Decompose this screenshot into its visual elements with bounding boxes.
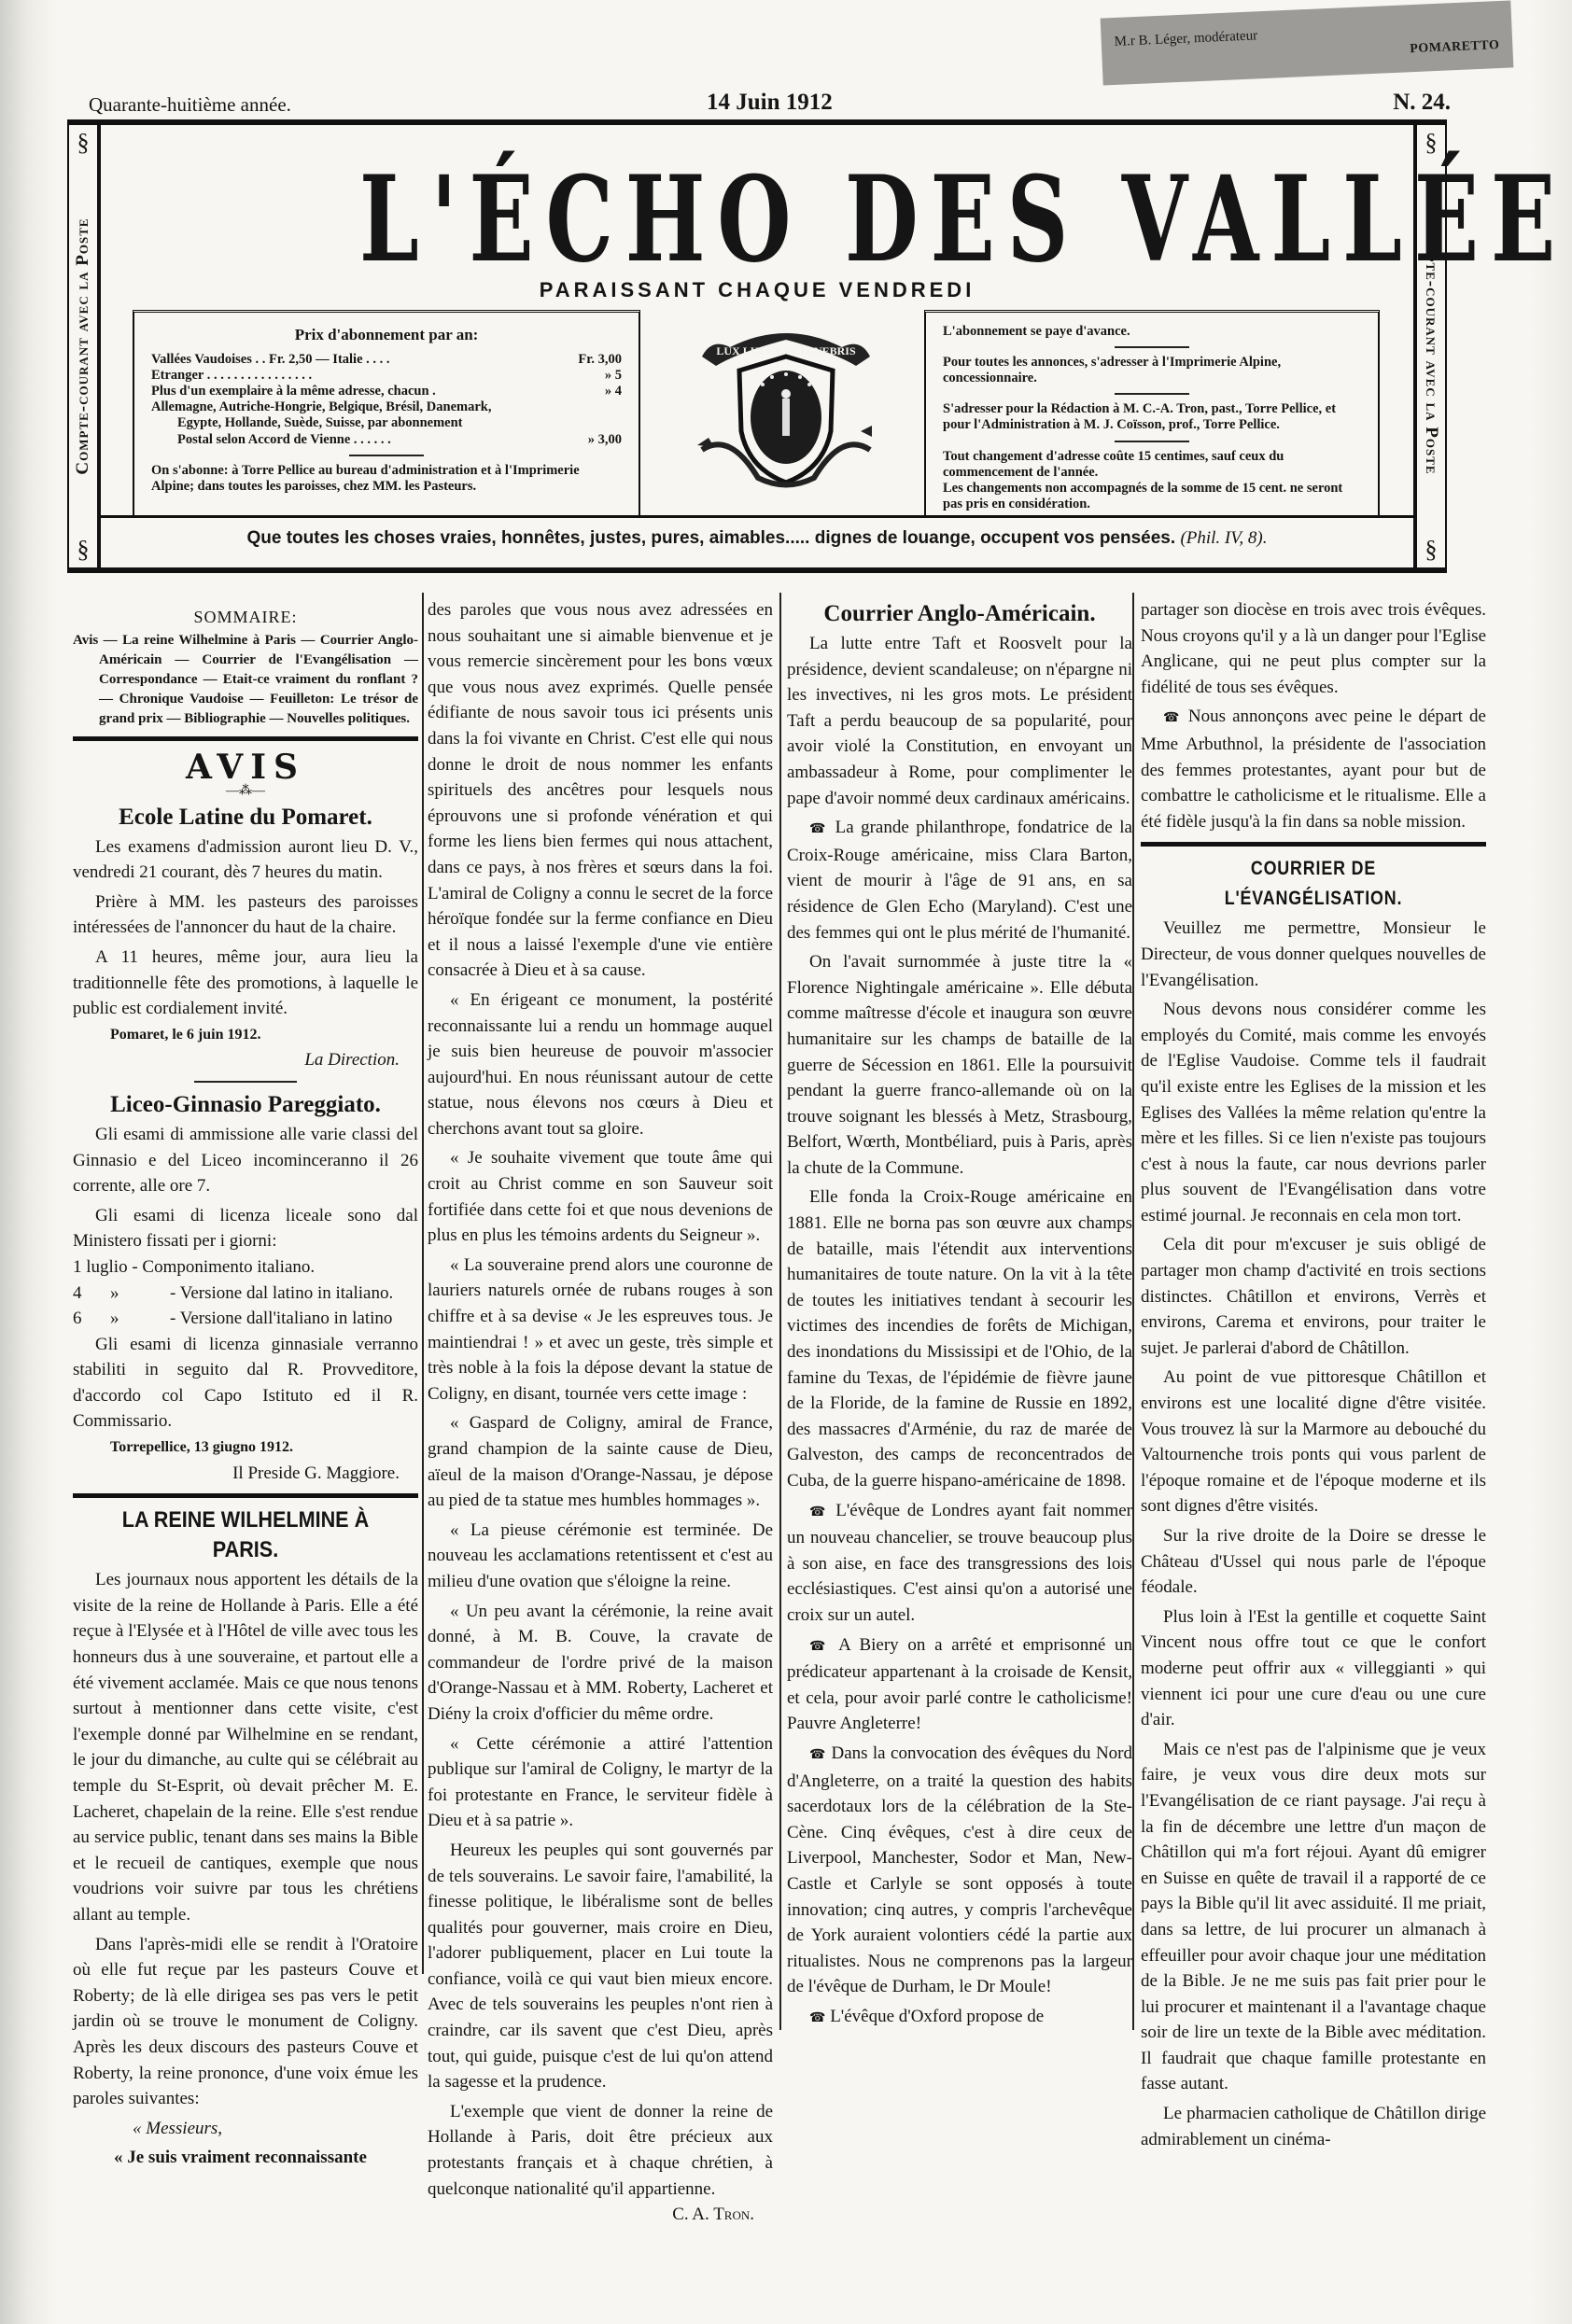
dateline: Quarante-huitième année. 14 Juin 1912 N.… [89, 93, 1451, 121]
column-rule [779, 593, 781, 2030]
article-title: Liceo-Ginnasio Pareggiato. [73, 1090, 418, 1120]
scroll-ornament-icon: § [77, 536, 90, 564]
address-label-name: M.r B. Léger, modérateur [1114, 28, 1257, 50]
divider [349, 455, 424, 456]
signature: Il Preside G. Maggiore. [73, 1461, 418, 1487]
sommaire-title: SOMMAIRE: [73, 605, 418, 631]
newspaper-title: L'ÉCHO DES VALLÉES [359, 161, 1166, 278]
masthead-bottom-rule [67, 567, 1447, 573]
column-3: Courrier Anglo-Américain. La lutte entre… [787, 597, 1132, 2031]
address-label: M.r B. Léger, modérateur POMARETTO [1101, 0, 1514, 85]
article-title: COURRIER DE L'ÉVANGÉLISATION. [1167, 854, 1461, 914]
hand-bullet-icon: ☎ [809, 1505, 828, 1519]
exam-row: 4»- Versione dal latino in italiano. [73, 1281, 418, 1307]
notice-redaction: S'adresser pour la Rédaction à M. C.-A. … [943, 401, 1361, 433]
section-rule [73, 736, 418, 741]
side-text-left: Compte-courant avec la Poste [73, 217, 93, 474]
signature: C. A. Tron. [428, 2202, 773, 2228]
divider [1115, 441, 1189, 442]
notice-address-change: Tout changement d'adresse coûte 15 centi… [943, 449, 1361, 481]
signature: La Direction. [73, 1047, 418, 1073]
divider [1115, 346, 1189, 348]
article-title: Ecole Latine du Pomaret. [73, 803, 418, 833]
hand-bullet-icon: ☎ [809, 1748, 826, 1762]
dateline-place: Pomaret, le 6 juin 1912. [73, 1022, 418, 1048]
notice-advance: L'abonnement se paye d'avance. [943, 324, 1361, 340]
hand-bullet-icon: ☎ [809, 2011, 825, 2025]
hand-bullet-icon: ☎ [1163, 711, 1182, 725]
price-row: Vallées Vaudoises . . Fr. 2,50 — Italie … [151, 352, 622, 368]
exam-row: 1 luglio - Componimento italiano. [73, 1254, 418, 1281]
notice-unaccompanied: Les changements non accompagnés de la so… [943, 481, 1361, 512]
scripture-motto: Que toutes les choses vraies, honnêtes, … [105, 528, 1410, 549]
section-rule [73, 1493, 418, 1498]
issue-number: N. 24. [1393, 90, 1451, 116]
postal-countries: Allemagne, Autriche-Hongrie, Belgique, B… [151, 399, 622, 415]
subscription-where: On s'abonne: à Torre Pellice au bureau d… [151, 463, 622, 495]
scripture-reference: (Phil. IV, 8). [1180, 528, 1267, 548]
column-1: SOMMAIRE: Avis — La reine Wilhelmine à P… [73, 597, 418, 2171]
subscription-box: Prix d'abonnement par an: Vallées Vaudoi… [133, 310, 640, 517]
scroll-ornament-icon: § [1425, 536, 1438, 564]
divider [194, 1081, 297, 1083]
waldensian-emblem-icon: LUX LUCET IN TENEBRIS [683, 319, 889, 506]
newspaper-page: M.r B. Léger, modérateur POMARETTO Quara… [0, 0, 1572, 2324]
avis-heading: AVIS [73, 749, 418, 786]
hand-bullet-icon: ☎ [809, 1640, 830, 1654]
price-row: Plus d'un exemplaire à la même adresse, … [151, 384, 622, 399]
price-row: Postal selon Accord de Vienne . . . . . … [151, 432, 622, 448]
side-strip-left: § Compte-courant avec la Poste § [67, 123, 101, 569]
sommaire-list: Avis — La reine Wilhelmine à Paris — Cou… [73, 631, 418, 729]
masthead-rule [101, 515, 1413, 518]
column-2: des paroles que vous nous avez adressées… [428, 597, 773, 2228]
newspaper-subtitle: PARAISSANT CHAQUE VENDREDI [67, 278, 1447, 302]
issue-date: 14 Juin 1912 [707, 90, 833, 116]
section-rule [1141, 842, 1486, 847]
divider [1115, 393, 1189, 395]
notices-box: L'abonnement se paye d'avance. Pour tout… [924, 310, 1380, 517]
article-title: LA REINE WILHELMINE À PARIS. [91, 1505, 401, 1565]
address-label-town: POMARETTO [1410, 38, 1500, 57]
subscription-heading: Prix d'abonnement par an: [151, 326, 622, 344]
masthead: § Compte-courant avec la Poste § § Compt… [67, 123, 1447, 569]
dateline-place: Torrepellice, 13 giugno 1912. [73, 1435, 418, 1461]
scroll-ornament-icon: § [77, 129, 90, 157]
ornament-divider-icon: —⁂— [73, 786, 418, 797]
price-row: Etranger . . . . . . . . . . . . . . . .… [151, 368, 622, 384]
column-rule [1132, 593, 1134, 2030]
exam-row: 6»- Versione dall'italiano in latino [73, 1306, 418, 1332]
notice-ads: Pour toutes les annonces, s'adresser à l… [943, 355, 1361, 386]
column-rule [422, 593, 424, 1974]
volume-year: Quarante-huitième année. [89, 93, 291, 117]
hand-bullet-icon: ☎ [809, 822, 828, 836]
article-title: Courrier Anglo-Américain. [787, 599, 1132, 629]
column-4: partager son diocèse en trois avec trois… [1141, 597, 1486, 2152]
table-of-contents: SOMMAIRE: Avis — La reine Wilhelmine à P… [73, 605, 418, 729]
